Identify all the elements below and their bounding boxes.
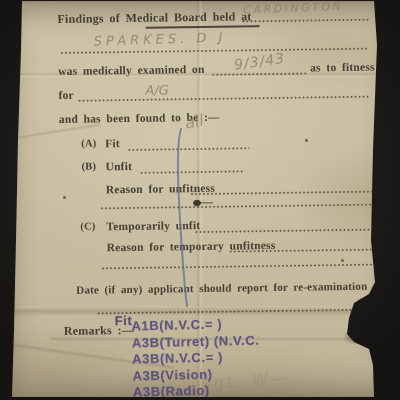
fit-stamp: Fit <box>115 313 133 328</box>
dotted-line <box>241 19 369 23</box>
dotted-line <box>140 170 244 173</box>
item-b-label: Unfit <box>105 161 132 173</box>
dotted-line <box>190 191 372 196</box>
examined-prefix: was medically examined on <box>58 64 205 78</box>
item-c-label: Temporarily unfit <box>106 220 200 233</box>
dotted-line <box>97 309 374 315</box>
examined-suffix: as to fitness <box>310 62 375 75</box>
dotted-line <box>101 264 373 270</box>
title-underline <box>146 25 260 29</box>
dotted-line <box>78 96 369 102</box>
handwritten-for-value: A/G <box>145 83 169 98</box>
dotted-line <box>127 147 249 151</box>
dotted-line <box>211 72 307 75</box>
stamp-line: A3B(Turret) (N.V.C. <box>132 332 260 351</box>
item-a-index: (A) <box>81 138 96 149</box>
scanned-medical-board-form: Findings of Medical Board held at CARDIN… <box>0 0 400 400</box>
form-title: Findings of Medical Board held at <box>57 9 251 27</box>
pencil-note-all: all <box>183 110 205 132</box>
handwritten-date: 9/3/43 <box>233 51 286 74</box>
handwritten-name: SPARKES. D J <box>94 30 227 49</box>
dotted-line <box>100 204 372 210</box>
dotted-line <box>194 229 372 233</box>
form-content: Findings of Medical Board held at CARDIN… <box>0 0 400 400</box>
item-b-index: (B) <box>81 161 96 172</box>
paper-sheet: Findings of Medical Board held at CARDIN… <box>0 0 400 400</box>
reexam-label: Date (if any) applicant should report fo… <box>76 281 367 297</box>
for-label: for <box>58 90 73 102</box>
item-a-label: Fit <box>105 138 120 150</box>
handwritten-location: CARDINGTON <box>243 0 343 17</box>
item-c-index: (C) <box>80 221 95 232</box>
